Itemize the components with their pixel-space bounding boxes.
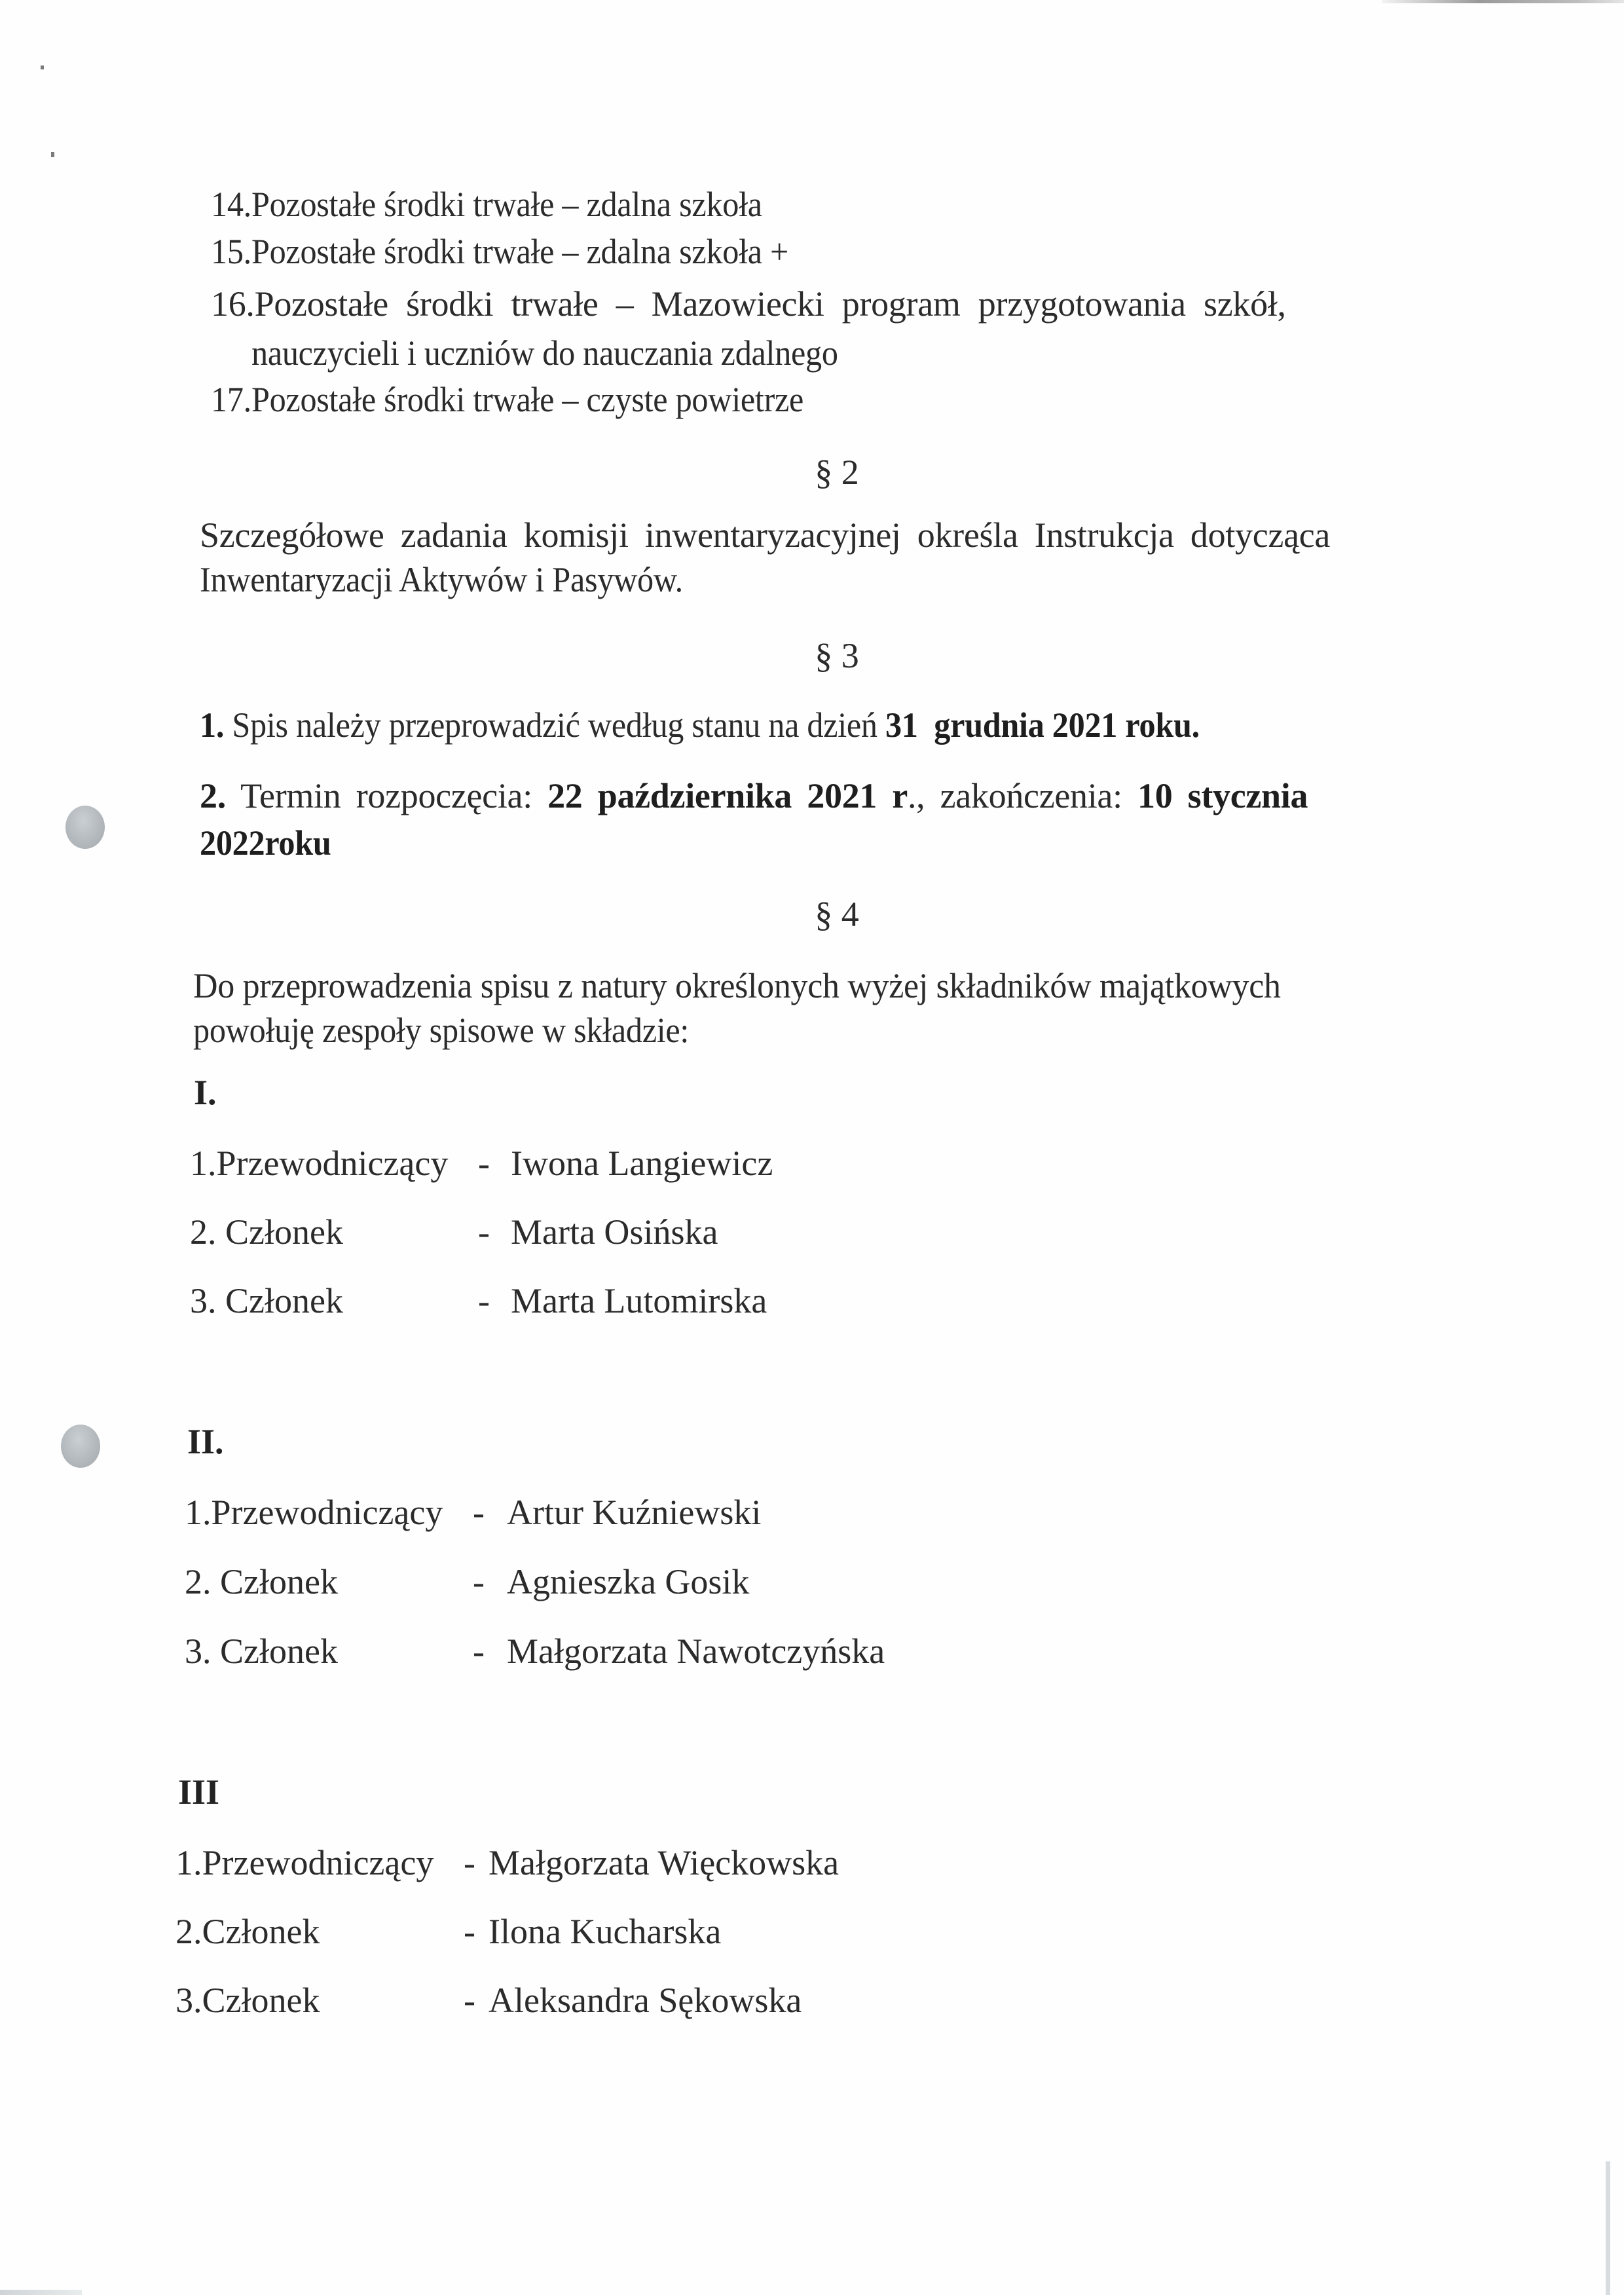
- punch-hole-icon: [61, 1425, 100, 1468]
- member-name: Artur Kuźniewski: [507, 1492, 761, 1533]
- paragraph-line: powołuję zespoły spisowe w składzie:: [193, 1013, 689, 1048]
- member-role: 2.Członek: [175, 1911, 320, 1952]
- member-role: 2. Członek: [185, 1561, 338, 1602]
- list-item-number: 14.: [211, 185, 251, 224]
- member-role: 3.Członek: [175, 1980, 320, 2021]
- scan-edge-band: [1606, 2161, 1610, 2295]
- item-text: Termin rozpoczęcia:: [226, 776, 547, 815]
- member-dash: -: [464, 1911, 475, 1952]
- item-number: 2.: [200, 776, 226, 815]
- member-name: Iwona Langiewicz: [511, 1143, 773, 1184]
- list-item-text: Pozostałe środki trwałe – Mazowiecki pro…: [255, 284, 1286, 324]
- paragraph-item: 2. Termin rozpoczęcia: 22 października 2…: [200, 778, 1441, 813]
- scan-speck: [41, 65, 44, 69]
- scan-edge-band: [0, 2290, 82, 2295]
- member-dash: -: [473, 1492, 485, 1533]
- list-item: 14.Pozostałe środki trwałe – zdalna szko…: [211, 187, 762, 222]
- list-item-text: Pozostałe środki trwałe – czyste powietr…: [251, 380, 803, 419]
- item-text: ., zakończenia:: [908, 776, 1137, 815]
- member-dash: -: [478, 1212, 490, 1252]
- paragraph-item: 1. Spis należy przeprowadzić według stan…: [200, 707, 1200, 743]
- member-name: Marta Lutomirska: [511, 1280, 767, 1321]
- list-item: 17.Pozostałe środki trwałe – czyste powi…: [211, 382, 803, 417]
- list-item-text: Pozostałe środki trwałe – zdalna szkoła …: [251, 232, 788, 271]
- member-role: 1.Przewodniczący: [175, 1842, 434, 1883]
- paragraph-item-continuation: 2022roku: [200, 825, 331, 861]
- paragraph-line: Inwentaryzacji Aktywów i Pasywów.: [200, 562, 683, 597]
- member-dash: -: [464, 1980, 475, 2021]
- list-item-number: 15.: [211, 232, 251, 271]
- list-item: 15.Pozostałe środki trwałe – zdalna szko…: [211, 234, 788, 269]
- member-role: 3. Członek: [190, 1280, 343, 1321]
- end-date-year: 2022roku: [200, 823, 331, 863]
- member-name: Małgorzata Nawotczyńska: [507, 1631, 885, 1671]
- section-heading: § 4: [771, 894, 902, 935]
- team-label: II.: [187, 1421, 224, 1462]
- section-heading: § 3: [771, 635, 902, 676]
- member-dash: -: [464, 1842, 475, 1883]
- member-name: Ilona Kucharska: [489, 1911, 721, 1952]
- member-dash: -: [478, 1280, 490, 1321]
- member-dash: -: [478, 1143, 490, 1184]
- list-item-text: Pozostałe środki trwałe – zdalna szkoła: [251, 185, 762, 224]
- member-dash: -: [473, 1561, 485, 1602]
- member-name: Agnieszka Gosik: [507, 1561, 749, 1602]
- member-role: 2. Członek: [190, 1212, 343, 1252]
- scan-speck: [51, 152, 54, 157]
- list-item: 16.Pozostałe środki trwałe – Mazowiecki …: [211, 286, 1458, 322]
- paragraph-line: Szczegółowe zadania komisji inwentaryzac…: [200, 517, 1447, 553]
- scan-edge-shadow: [1382, 0, 1624, 3]
- scanned-page: 14.Pozostałe środki trwałe – zdalna szko…: [0, 0, 1624, 2295]
- list-item-number: 16.: [211, 284, 255, 324]
- member-role: 1.Przewodniczący: [190, 1143, 448, 1184]
- member-role: 3. Członek: [185, 1631, 338, 1671]
- item-number: 1.: [200, 705, 224, 745]
- punch-hole-icon: [65, 806, 105, 849]
- end-date: 10 stycznia: [1137, 776, 1308, 815]
- list-item-text: nauczycieli i uczniów do nauczania zdaln…: [251, 333, 838, 373]
- list-item-continuation: nauczycieli i uczniów do nauczania zdaln…: [251, 335, 838, 371]
- member-name: Marta Osińska: [511, 1212, 718, 1252]
- team-label: I.: [194, 1072, 217, 1113]
- start-date: 22 października 2021 r: [547, 776, 908, 815]
- section-heading: § 2: [771, 452, 902, 493]
- member-dash: -: [473, 1631, 485, 1671]
- team-label: III: [178, 1772, 219, 1812]
- item-date: 31 grudnia 2021 roku.: [885, 705, 1200, 745]
- item-text: Spis należy przeprowadzić według stanu n…: [224, 705, 885, 745]
- member-role: 1.Przewodniczący: [185, 1492, 443, 1533]
- member-name: Małgorzata Więckowska: [489, 1842, 839, 1883]
- paragraph-line: Do przeprowadzenia spisu z natury określ…: [193, 968, 1393, 1003]
- member-name: Aleksandra Sękowska: [489, 1980, 802, 2021]
- list-item-number: 17.: [211, 380, 251, 419]
